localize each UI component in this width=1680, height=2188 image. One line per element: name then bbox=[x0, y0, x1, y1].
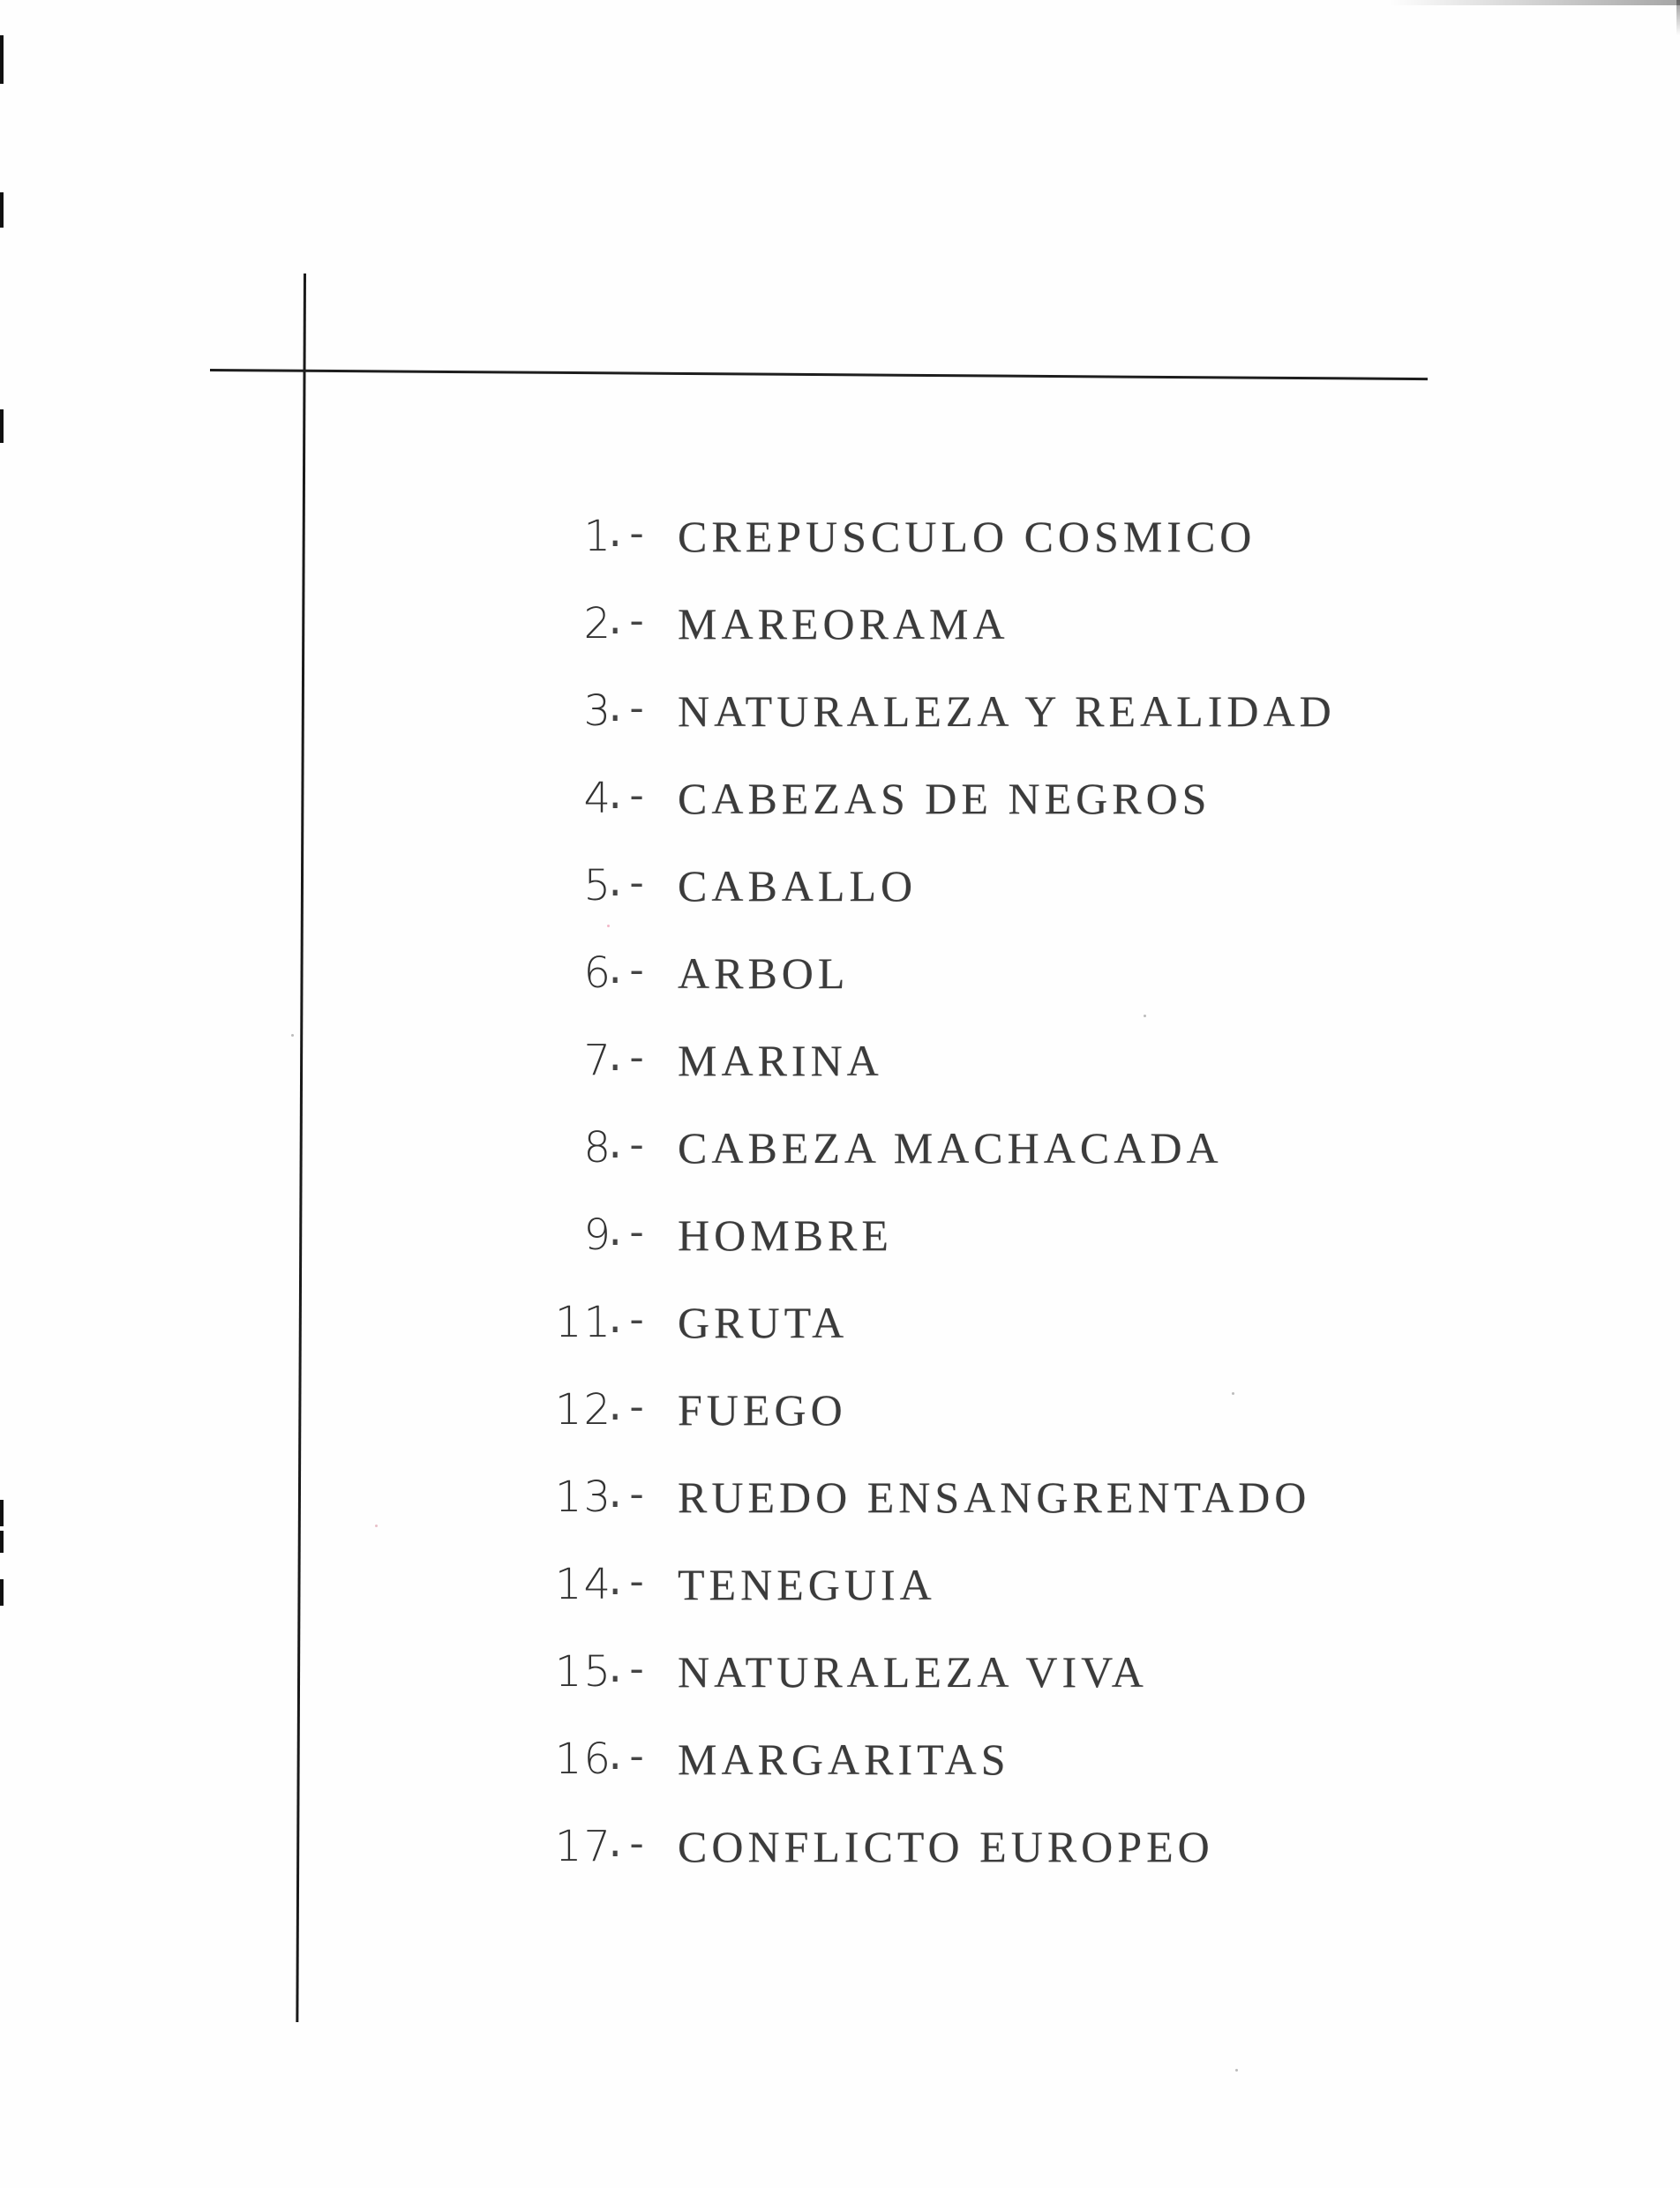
item-title: CABEZA MACHACADA bbox=[678, 1121, 1223, 1174]
scan-edge-mark bbox=[0, 35, 4, 84]
item-separator: .- bbox=[604, 597, 647, 650]
item-separator: .- bbox=[604, 1034, 647, 1087]
item-title: TENEGUIA bbox=[678, 1558, 936, 1611]
page-corner-shadow-vertical bbox=[1676, 0, 1680, 35]
header-rule-horizontal bbox=[210, 369, 1428, 380]
paper-speck bbox=[1144, 1015, 1146, 1017]
paper-speck bbox=[1235, 2069, 1238, 2072]
list-item: 1 .- CREPUSCULO COSMICO bbox=[0, 510, 1680, 597]
scan-edge-mark bbox=[0, 192, 4, 228]
item-title: ARBOL bbox=[678, 947, 849, 1000]
item-title: NATURALEZA Y REALIDAD bbox=[678, 685, 1336, 738]
item-separator: .- bbox=[604, 859, 647, 912]
item-separator: .- bbox=[604, 947, 647, 1000]
list-item: 3 .- NATURALEZA Y REALIDAD bbox=[0, 685, 1680, 772]
list-item: 8 .- CABEZA MACHACADA bbox=[0, 1121, 1680, 1209]
item-separator: .- bbox=[604, 1121, 647, 1174]
item-title: FUEGO bbox=[678, 1383, 847, 1436]
item-separator: .- bbox=[604, 510, 647, 563]
page-corner-shadow bbox=[1389, 0, 1680, 5]
paper-speck bbox=[291, 1034, 294, 1037]
item-separator: .- bbox=[604, 772, 647, 825]
scanned-page: 1 .- CREPUSCULO COSMICO 2 .- MAREORAMA 3… bbox=[0, 0, 1680, 2188]
item-separator: .- bbox=[604, 1296, 647, 1349]
list-item: 5 .- CABALLO bbox=[0, 859, 1680, 947]
item-title: CABALLO bbox=[678, 859, 917, 912]
item-separator: .- bbox=[604, 1558, 647, 1611]
list-item: 9 .- HOMBRE bbox=[0, 1209, 1680, 1296]
list-item: 11 .- GRUTA bbox=[0, 1296, 1680, 1383]
item-title: HOMBRE bbox=[678, 1209, 893, 1262]
item-separator: .- bbox=[604, 1383, 647, 1436]
item-title: MARGARITAS bbox=[678, 1733, 1010, 1786]
list-item: 16 .- MARGARITAS bbox=[0, 1733, 1680, 1820]
item-separator: .- bbox=[604, 1820, 647, 1873]
list-item: 14 .- TENEGUIA bbox=[0, 1558, 1680, 1645]
item-title: MAREORAMA bbox=[678, 597, 1009, 650]
item-title: MARINA bbox=[678, 1034, 883, 1087]
item-separator: .- bbox=[604, 1733, 647, 1786]
scan-edge-mark bbox=[0, 409, 4, 443]
item-title: RUEDO ENSANGRENTADO bbox=[678, 1471, 1310, 1524]
item-title: CONFLICTO EUROPEO bbox=[678, 1820, 1214, 1873]
list-item: 17 .- CONFLICTO EUROPEO bbox=[0, 1820, 1680, 1907]
item-title: GRUTA bbox=[678, 1296, 848, 1349]
item-title: CABEZAS DE NEGROS bbox=[678, 772, 1211, 825]
item-separator: .- bbox=[604, 685, 647, 738]
list-item: 12 .- FUEGO bbox=[0, 1383, 1680, 1471]
list-item: 13 .- RUEDO ENSANGRENTADO bbox=[0, 1471, 1680, 1558]
list-item: 7 .- MARINA bbox=[0, 1034, 1680, 1121]
item-separator: .- bbox=[604, 1471, 647, 1524]
artwork-list: 1 .- CREPUSCULO COSMICO 2 .- MAREORAMA 3… bbox=[0, 510, 1680, 1907]
list-item: 2 .- MAREORAMA bbox=[0, 597, 1680, 685]
paper-speck bbox=[1232, 1392, 1234, 1395]
list-item: 15 .- NATURALEZA VIVA bbox=[0, 1645, 1680, 1733]
item-title: CREPUSCULO COSMICO bbox=[678, 510, 1256, 563]
paper-speck bbox=[375, 1525, 378, 1527]
item-separator: .- bbox=[604, 1209, 647, 1262]
item-title: NATURALEZA VIVA bbox=[678, 1645, 1148, 1698]
paper-speck bbox=[607, 925, 610, 927]
list-item: 4 .- CABEZAS DE NEGROS bbox=[0, 772, 1680, 859]
list-item: 6 .- ARBOL bbox=[0, 947, 1680, 1034]
item-separator: .- bbox=[604, 1645, 647, 1698]
